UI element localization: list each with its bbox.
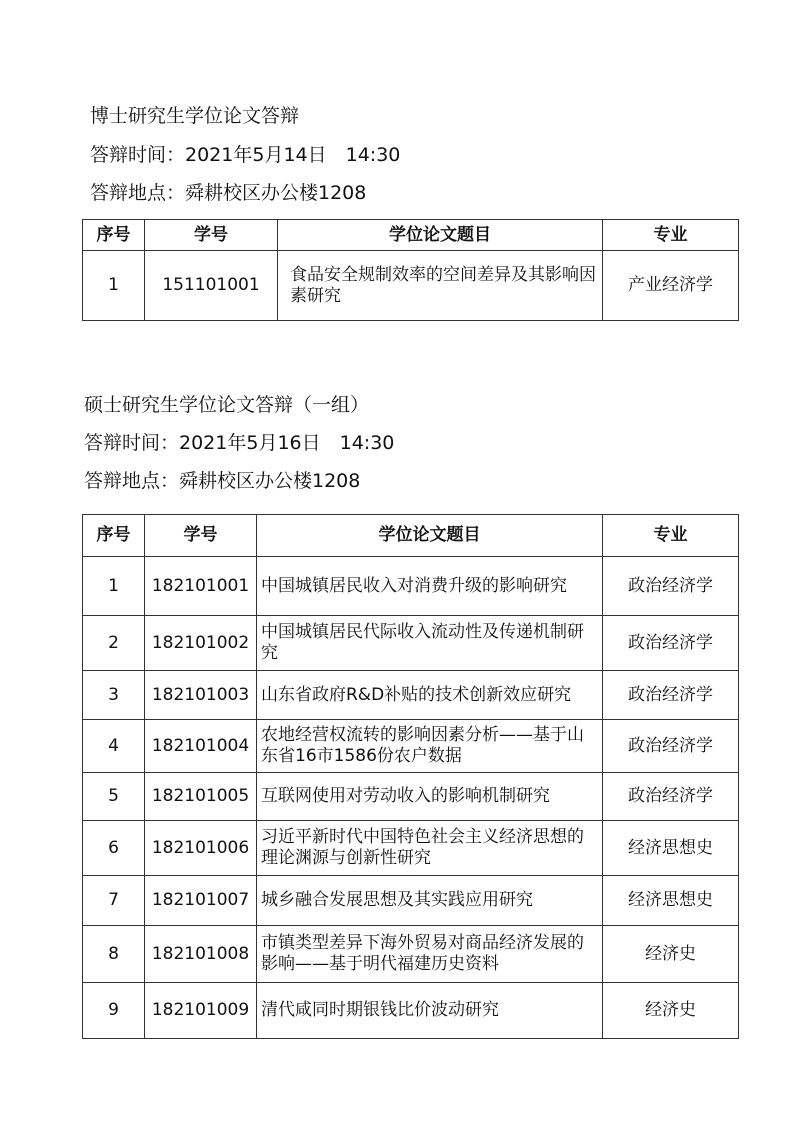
cell-seq: 7 <box>83 876 145 926</box>
table-row: 1 182101001 中国城镇居民收入对消费升级的影响研究 政治经济学 <box>83 557 739 616</box>
cell-seq: 1 <box>83 251 145 321</box>
master-defense-time: 答辩时间：2021年5月16日 14:30 <box>84 428 394 455</box>
table-row: 1 151101001 食品安全规制效率的空间差异及其影响因素研究 产业经济学 <box>83 251 739 321</box>
table-row: 2 182101002 中国城镇居民代际收入流动性及传递机制研究 政治经济学 <box>83 616 739 671</box>
cell-major: 经济史 <box>603 983 739 1039</box>
cell-major: 政治经济学 <box>603 671 739 720</box>
cell-student-id: 182101002 <box>145 616 257 671</box>
master-defense-location: 答辩地点：舜耕校区办公楼1208 <box>84 466 360 493</box>
table-row: 3 182101003 山东省政府R&D补贴的技术创新效应研究 政治经济学 <box>83 671 739 720</box>
header-seq: 序号 <box>83 515 145 557</box>
header-seq: 序号 <box>83 220 145 251</box>
cell-thesis-title: 互联网使用对劳动收入的影响机制研究 <box>257 773 603 821</box>
cell-major: 经济思想史 <box>603 821 739 876</box>
phd-defense-table: 序号 学号 学位论文题目 专业 1 151101001 食品安全规制效率的空间差… <box>82 219 739 321</box>
header-student-id: 学号 <box>145 515 257 557</box>
cell-seq: 4 <box>83 720 145 773</box>
phd-defense-location: 答辩地点：舜耕校区办公楼1208 <box>90 178 366 205</box>
table-header-row: 序号 学号 学位论文题目 专业 <box>83 515 739 557</box>
cell-seq: 9 <box>83 983 145 1039</box>
cell-student-id: 182101004 <box>145 720 257 773</box>
table-row: 6 182101006 习近平新时代中国特色社会主义经济思想的理论渊源与创新性研… <box>83 821 739 876</box>
cell-seq: 5 <box>83 773 145 821</box>
cell-student-id: 182101001 <box>145 557 257 616</box>
master-section-title: 硕士研究生学位论文答辩（一组） <box>84 390 369 417</box>
cell-student-id: 182101009 <box>145 983 257 1039</box>
cell-seq: 1 <box>83 557 145 616</box>
cell-seq: 8 <box>83 926 145 983</box>
phd-section-title: 博士研究生学位论文答辩 <box>90 101 299 128</box>
cell-major: 政治经济学 <box>603 720 739 773</box>
cell-thesis-title: 习近平新时代中国特色社会主义经济思想的理论渊源与创新性研究 <box>257 821 603 876</box>
cell-major: 政治经济学 <box>603 773 739 821</box>
cell-thesis-title: 山东省政府R&D补贴的技术创新效应研究 <box>257 671 603 720</box>
cell-major: 经济史 <box>603 926 739 983</box>
cell-seq: 6 <box>83 821 145 876</box>
master-defense-table: 序号 学号 学位论文题目 专业 1 182101001 中国城镇居民收入对消费升… <box>82 514 739 1039</box>
cell-thesis-title: 农地经营权流转的影响因素分析——基于山东省16市1586份农户数据 <box>257 720 603 773</box>
cell-student-id: 182101005 <box>145 773 257 821</box>
header-major: 专业 <box>603 220 739 251</box>
cell-student-id: 182101006 <box>145 821 257 876</box>
cell-thesis-title: 市镇类型差异下海外贸易对商品经济发展的影响——基于明代福建历史资料 <box>257 926 603 983</box>
table-header-row: 序号 学号 学位论文题目 专业 <box>83 220 739 251</box>
cell-thesis-title: 食品安全规制效率的空间差异及其影响因素研究 <box>278 251 603 321</box>
header-student-id: 学号 <box>145 220 278 251</box>
table-row: 8 182101008 市镇类型差异下海外贸易对商品经济发展的影响——基于明代福… <box>83 926 739 983</box>
cell-major: 政治经济学 <box>603 616 739 671</box>
table-row: 9 182101009 清代咸同时期银钱比价波动研究 经济史 <box>83 983 739 1039</box>
phd-defense-time: 答辩时间：2021年5月14日 14:30 <box>90 140 400 167</box>
cell-thesis-title: 中国城镇居民代际收入流动性及传递机制研究 <box>257 616 603 671</box>
header-thesis-title: 学位论文题目 <box>257 515 603 557</box>
header-major: 专业 <box>603 515 739 557</box>
table-row: 4 182101004 农地经营权流转的影响因素分析——基于山东省16市1586… <box>83 720 739 773</box>
cell-thesis-title: 清代咸同时期银钱比价波动研究 <box>257 983 603 1039</box>
cell-student-id: 151101001 <box>145 251 278 321</box>
header-thesis-title: 学位论文题目 <box>278 220 603 251</box>
cell-thesis-title: 城乡融合发展思想及其实践应用研究 <box>257 876 603 926</box>
cell-major: 政治经济学 <box>603 557 739 616</box>
cell-student-id: 182101003 <box>145 671 257 720</box>
cell-student-id: 182101007 <box>145 876 257 926</box>
table-row: 5 182101005 互联网使用对劳动收入的影响机制研究 政治经济学 <box>83 773 739 821</box>
cell-student-id: 182101008 <box>145 926 257 983</box>
table-row: 7 182101007 城乡融合发展思想及其实践应用研究 经济思想史 <box>83 876 739 926</box>
cell-seq: 3 <box>83 671 145 720</box>
cell-seq: 2 <box>83 616 145 671</box>
cell-thesis-title: 中国城镇居民收入对消费升级的影响研究 <box>257 557 603 616</box>
cell-major: 产业经济学 <box>603 251 739 321</box>
cell-major: 经济思想史 <box>603 876 739 926</box>
